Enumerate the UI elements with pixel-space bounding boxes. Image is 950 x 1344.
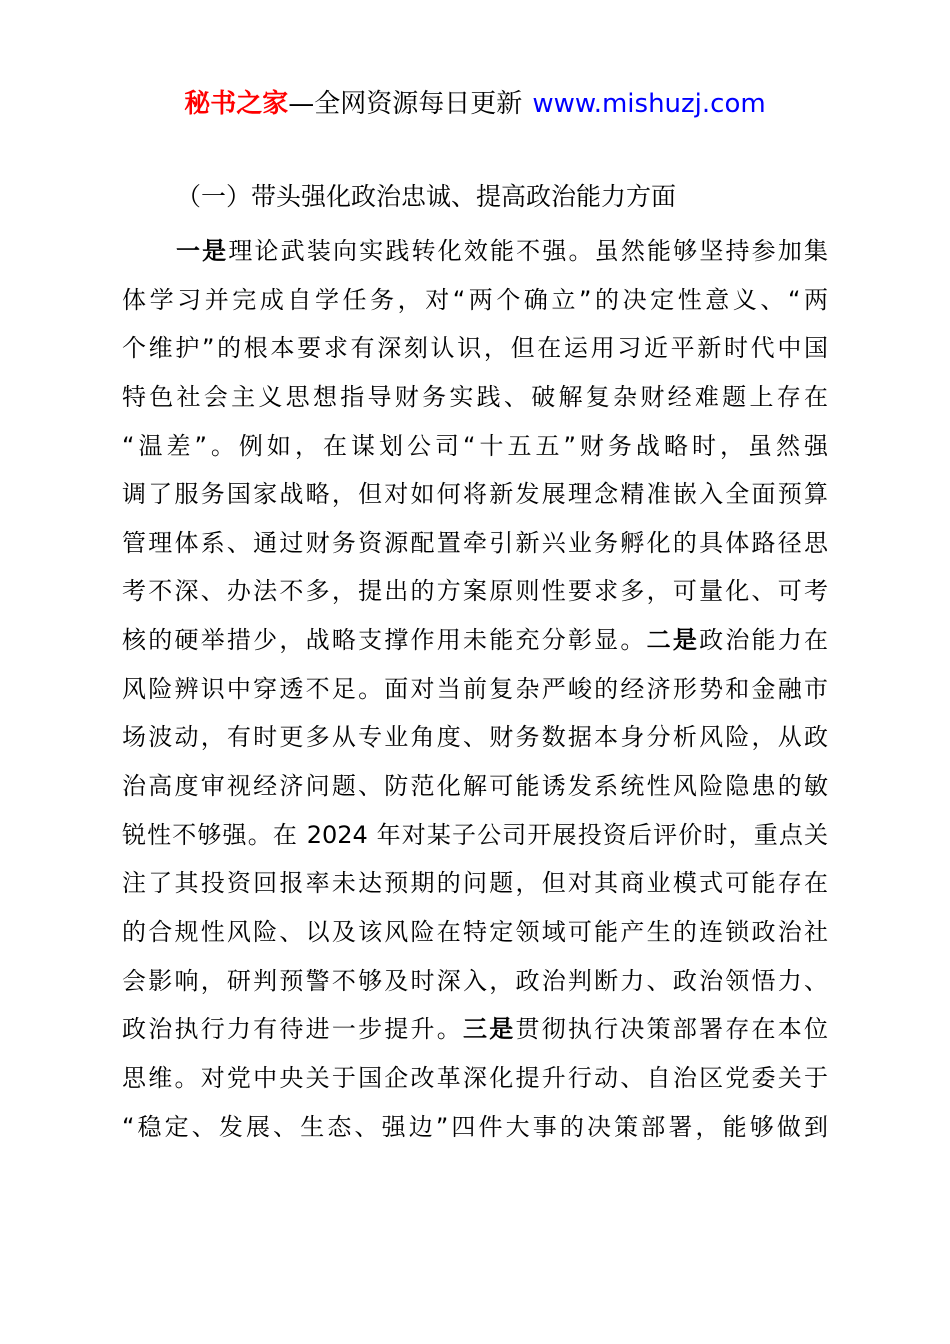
text-run: 的合规性风险、以及该风险在特定领域可能产生的连锁政治社: [122, 918, 828, 946]
text-run: 政治能力在: [699, 626, 828, 654]
paragraph-line: 调了服务国家战略，但对如何将新发展理念精准嵌入全面预算: [122, 470, 828, 519]
text-run: 特色社会主义思想指导财务实践、破解复杂财经难题上存在: [122, 383, 828, 411]
header-url-link[interactable]: www.mishuzj.com: [532, 89, 765, 119]
paragraph-line: “稳定、发展、生态、强边”四件大事的决策部署，能够做到: [122, 1103, 828, 1152]
paragraph-line: 特色社会主义思想指导财务实践、破解复杂财经难题上存在: [122, 373, 828, 422]
paragraph-line: 注了其投资回报率未达预期的问题，但对其商业模式可能存在: [122, 859, 828, 908]
paragraph-line: 思维。对党中央关于国企改革深化提升行动、自治区党委关于: [122, 1054, 828, 1103]
text-run: 体学习并完成自学任务，对“两个确立”的决定性意义、“两: [122, 286, 828, 314]
text-run: 考不深、办法不多，提出的方案原则性要求多，可量化、可考: [122, 577, 828, 605]
paragraph-line: 体学习并完成自学任务，对“两个确立”的决定性意义、“两: [122, 276, 828, 325]
header-tagline: —全网资源每日更新: [288, 89, 522, 119]
text-run: 治高度审视经济问题、防范化解可能诱发系统性风险隐患的敏: [122, 772, 828, 800]
paragraph-line: 会影响，研判预警不够及时深入，政治判断力、政治领悟力、: [122, 957, 828, 1006]
brand-name: 秘书之家: [184, 89, 288, 119]
paragraph-line: 政治执行力有待进一步提升。三是贯彻执行决策部署存在本位: [122, 1005, 828, 1054]
text-run: 风险辨识中穿透不足。面对当前复杂严峻的经济形势和金融市: [122, 675, 828, 703]
text-run: 政治执行力有待进一步提升。: [122, 1015, 463, 1043]
text-run: 理论武装向实践转化效能不强。虽然能够坚持参加集: [228, 237, 828, 265]
text-run: 贯彻执行决策部署存在本位: [515, 1015, 828, 1043]
paragraph-line: 考不深、办法不多，提出的方案原则性要求多，可量化、可考: [122, 567, 828, 616]
paragraph-line: 风险辨识中穿透不足。面对当前复杂严峻的经济形势和金融市: [122, 665, 828, 714]
bold-run: 二是: [647, 626, 699, 654]
site-header: 秘书之家—全网资源每日更新www.mishuzj.com: [0, 88, 950, 120]
paragraph-line: “温差”。例如，在谋划公司“十五五”财务战略时，虽然强: [122, 422, 828, 471]
paragraph-line: 的合规性风险、以及该风险在特定领域可能产生的连锁政治社: [122, 908, 828, 957]
paragraph-line: 个维护”的根本要求有深刻认识，但在运用习近平新时代中国: [122, 324, 828, 373]
paragraph-line: 一是理论武装向实践转化效能不强。虽然能够坚持参加集: [122, 227, 828, 276]
paragraph-line: 锐性不够强。在 2024 年对某子公司开展投资后评价时，重点关: [122, 811, 828, 860]
document-page: （一）带头强化政治忠诚、提高政治能力方面 一是理论武装向实践转化效能不强。虽然能…: [122, 172, 828, 1151]
bold-run: 三是: [463, 1015, 515, 1043]
bold-run: 一是: [176, 237, 228, 265]
paragraph-line: 管理体系、通过财务资源配置牵引新兴业务孵化的具体路径思: [122, 519, 828, 568]
text-run: 思维。对党中央关于国企改革深化提升行动、自治区党委关于: [122, 1064, 828, 1092]
text-run: “温差”。例如，在谋划公司“十五五”财务战略时，虽然强: [122, 432, 828, 460]
paragraph-line: 治高度审视经济问题、防范化解可能诱发系统性风险隐患的敏: [122, 762, 828, 811]
text-run: 调了服务国家战略，但对如何将新发展理念精准嵌入全面预算: [122, 480, 828, 508]
text-run: 核的硬举措少，战略支撑作用未能充分彰显。: [122, 626, 647, 654]
text-run: 会影响，研判预警不够及时深入，政治判断力、政治领悟力、: [122, 967, 828, 995]
body-paragraph: 一是理论武装向实践转化效能不强。虽然能够坚持参加集体学习并完成自学任务，对“两个…: [122, 227, 828, 1151]
text-run: 场波动，有时更多从专业角度、财务数据本身分析风险，从政: [122, 723, 828, 751]
paragraph-line: 核的硬举措少，战略支撑作用未能充分彰显。二是政治能力在: [122, 616, 828, 665]
paragraph-line: 场波动，有时更多从专业角度、财务数据本身分析风险，从政: [122, 713, 828, 762]
section-heading: （一）带头强化政治忠诚、提高政治能力方面: [122, 172, 828, 221]
text-run: 锐性不够强。在 2024 年对某子公司开展投资后评价时，重点关: [122, 821, 828, 849]
text-run: 注了其投资回报率未达预期的问题，但对其商业模式可能存在: [122, 869, 828, 897]
text-run: 管理体系、通过财务资源配置牵引新兴业务孵化的具体路径思: [122, 529, 828, 557]
text-run: “稳定、发展、生态、强边”四件大事的决策部署，能够做到: [122, 1113, 828, 1141]
text-run: 个维护”的根本要求有深刻认识，但在运用习近平新时代中国: [122, 334, 828, 362]
